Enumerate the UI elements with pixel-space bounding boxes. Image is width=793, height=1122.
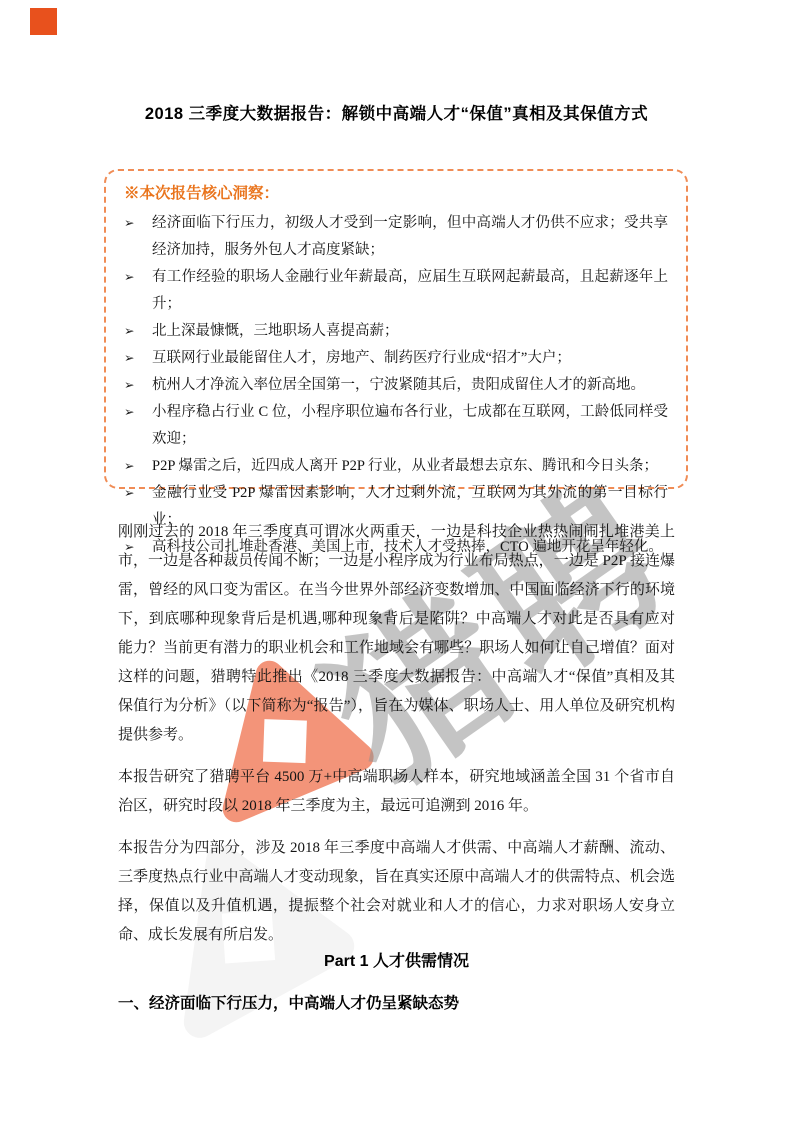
insight-bullet-item: ➢ 经济面临下行压力，初级人才受到一定影响，但中高端人才仍供不应求；受共享经济加… [124, 210, 668, 264]
arrow-bullet-icon: ➢ [124, 345, 152, 372]
insight-bullet-item: ➢ 杭州人才净流入率位居全国第一，宁波紧随其后，贵阳成留住人才的新高地。 [124, 372, 668, 399]
insight-bullet-text: 小程序稳占行业 C 位，小程序职位遍布各行业，七成都在互联网，工龄低同样受欢迎； [152, 399, 668, 453]
insight-bullet-text: 互联网行业最能留住人才，房地产、制药医疗行业成“招才”大户； [152, 345, 668, 372]
insight-bullet-item: ➢ 有工作经验的职场人金融行业年薪最高，应届生互联网起薪最高，且起薪逐年上升； [124, 264, 668, 318]
arrow-bullet-icon: ➢ [124, 372, 152, 399]
insight-bullet-text: 杭州人才净流入率位居全国第一，宁波紧随其后，贵阳成留住人才的新高地。 [152, 372, 668, 399]
arrow-bullet-icon: ➢ [124, 210, 152, 264]
document-title: 2018 三季度大数据报告：解锁中高端人才“保值”真相及其保值方式 [0, 100, 793, 124]
report-page: 猎聘 2018 三季度大数据报告：解锁中高端人才“保值”真相及其保值方式 ※本次… [0, 0, 793, 1122]
arrow-bullet-icon: ➢ [124, 264, 152, 318]
document-content: 2018 三季度大数据报告：解锁中高端人才“保值”真相及其保值方式 ※本次报告核… [0, 0, 793, 1122]
part1-heading: Part 1 人才供需情况 [0, 948, 793, 971]
insight-bullet-text: 有工作经验的职场人金融行业年薪最高，应届生互联网起薪最高，且起薪逐年上升； [152, 264, 668, 318]
insight-bullet-text: P2P 爆雷之后，近四成人离开 P2P 行业，从业者最想去京东、腾讯和今日头条； [152, 453, 668, 480]
insights-heading: ※本次报告核心洞察： [124, 181, 668, 207]
body-paragraph: 刚刚过去的 2018 年三季度真可谓冰火两重天，一边是科技企业热热闹闹扎堆港美上… [118, 518, 675, 750]
insight-bullet-item: ➢ 北上深最慷慨，三地职场人喜提高薪； [124, 318, 668, 345]
insight-bullet-text: 经济面临下行压力，初级人才受到一定影响，但中高端人才仍供不应求；受共享经济加持，… [152, 210, 668, 264]
insight-bullet-item: ➢ P2P 爆雷之后，近四成人离开 P2P 行业，从业者最想去京东、腾讯和今日头… [124, 453, 668, 480]
arrow-bullet-icon: ➢ [124, 453, 152, 480]
corner-orange-square [30, 8, 57, 35]
section1-subheading: 一、经济面临下行压力，中高端人才仍呈紧缺态势 [118, 991, 678, 1013]
insight-bullet-item: ➢ 互联网行业最能留住人才，房地产、制药医疗行业成“招才”大户； [124, 345, 668, 372]
insight-bullet-item: ➢ 小程序稳占行业 C 位，小程序职位遍布各行业，七成都在互联网，工龄低同样受欢… [124, 399, 668, 453]
insight-bullet-text: 北上深最慷慨，三地职场人喜提高薪； [152, 318, 668, 345]
insights-list: ➢ 经济面临下行压力，初级人才受到一定影响，但中高端人才仍供不应求；受共享经济加… [124, 210, 668, 561]
arrow-bullet-icon: ➢ [124, 318, 152, 345]
body-paragraph: 本报告研究了猎聘平台 4500 万+中高端职场人样本，研究地域涵盖全国 31 个… [118, 763, 675, 821]
body-copy: 刚刚过去的 2018 年三季度真可谓冰火两重天，一边是科技企业热热闹闹扎堆港美上… [118, 518, 675, 963]
core-insights-box: ※本次报告核心洞察： ➢ 经济面临下行压力，初级人才受到一定影响，但中高端人才仍… [104, 169, 688, 489]
body-paragraph: 本报告分为四部分，涉及 2018 年三季度中高端人才供需、中高端人才薪酬、流动、… [118, 834, 675, 950]
arrow-bullet-icon: ➢ [124, 399, 152, 453]
